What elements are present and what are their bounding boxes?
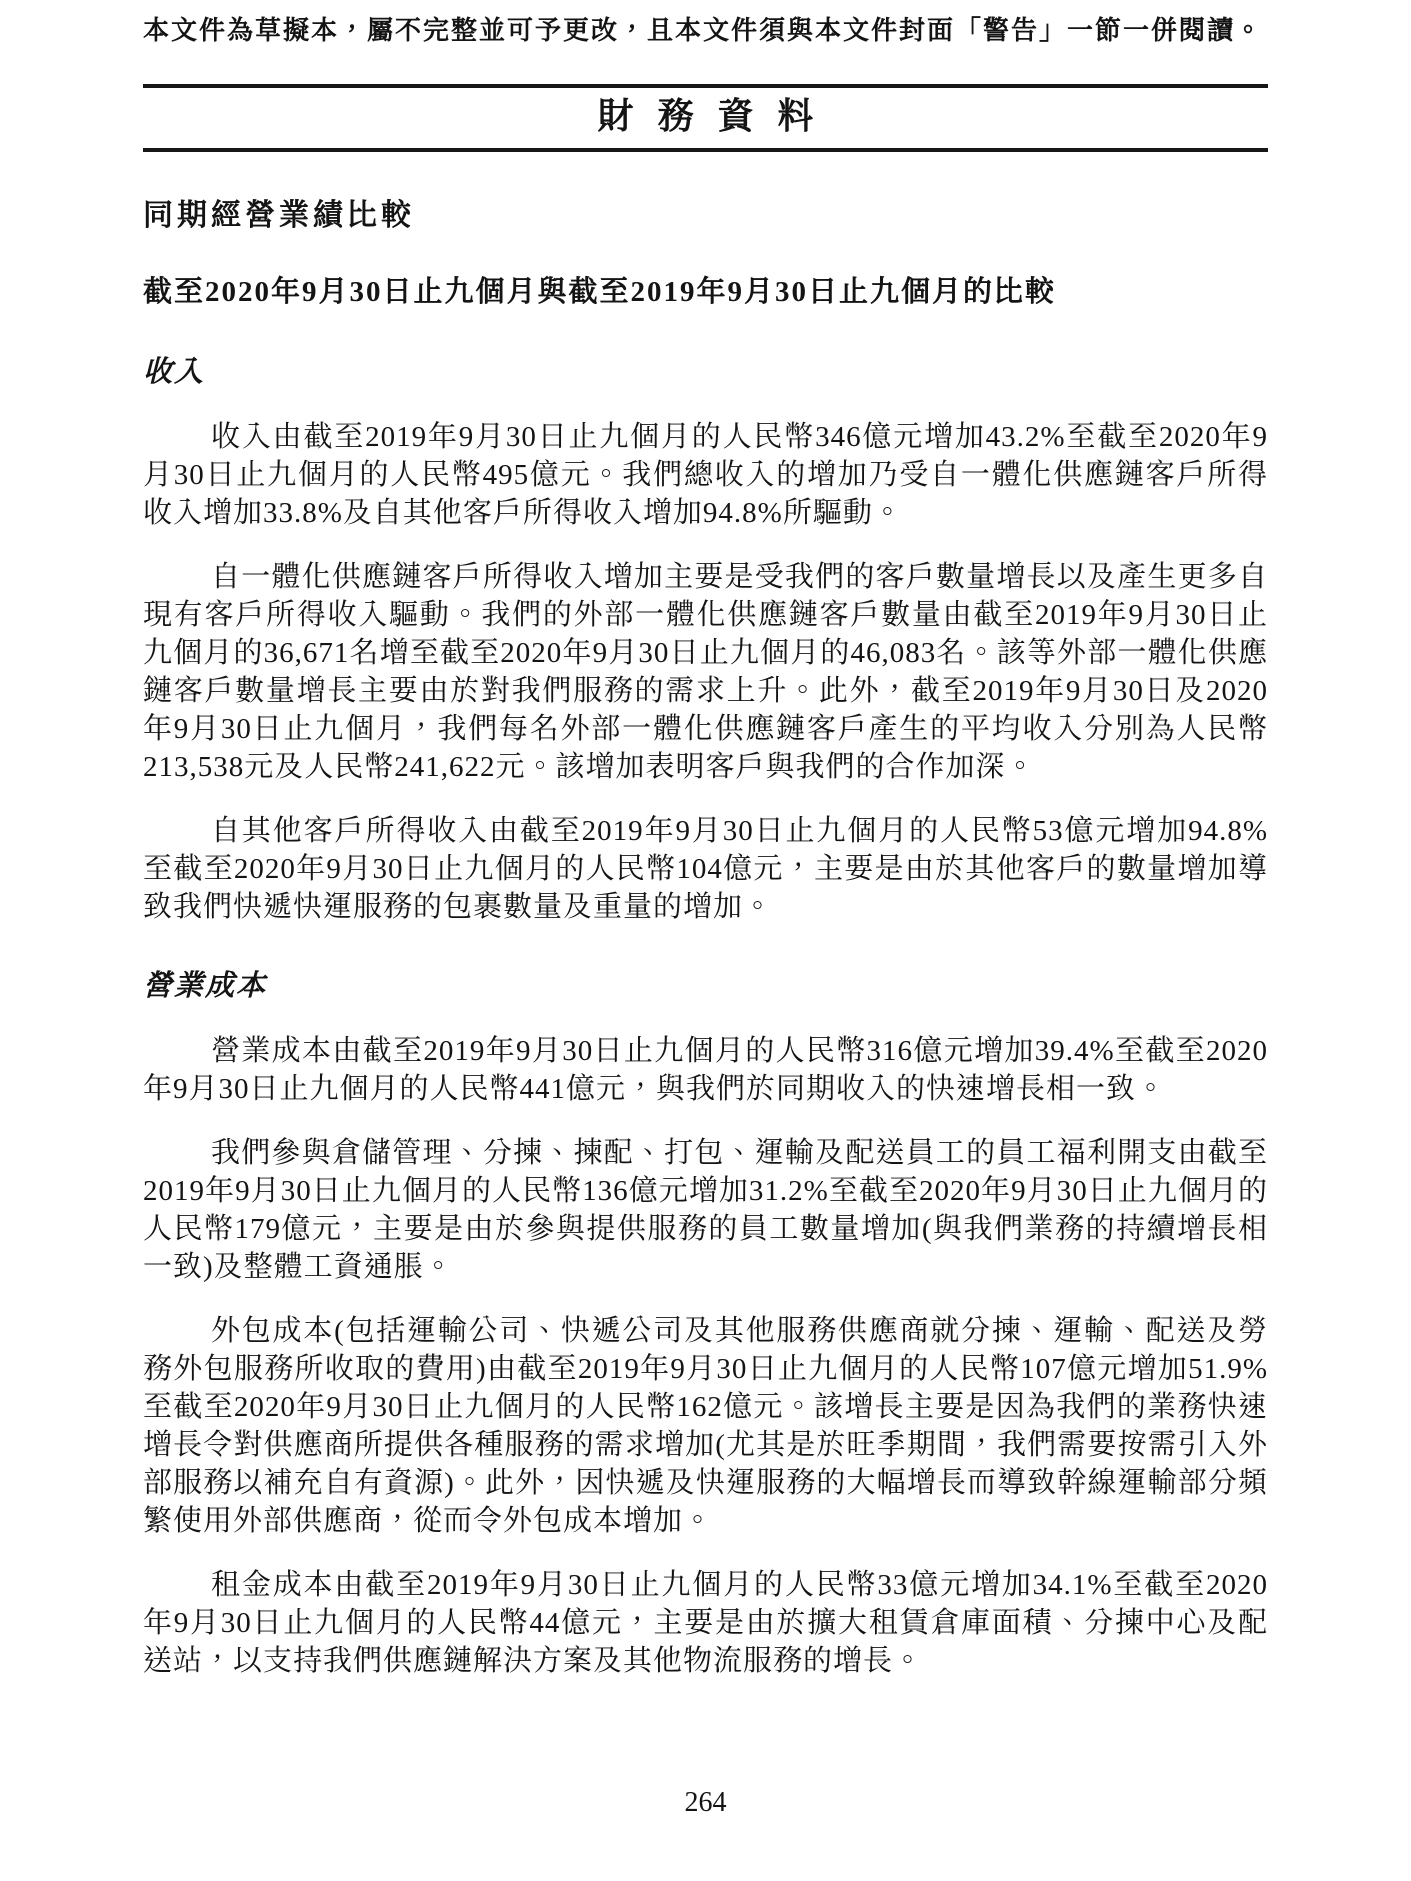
page-content: 本文件為草擬本，屬不完整並可予更改，且本文件須與本文件封面「警告」一節一併閱讀。… [0,0,1411,1680]
subsection-heading-nine-months-comparison: 截至2020年9月30日止九個月與截至2019年9月30日止九個月的比較 [143,272,1268,312]
operating-cost-heading: 營業成本 [143,966,1268,1006]
revenue-paragraph-3: 自其他客戶所得收入由截至2019年9月30日止九個月的人民幣53億元增加94.8… [143,812,1268,926]
section-heading-period-comparison: 同期經營業績比較 [143,196,1268,236]
revenue-paragraph-1: 收入由截至2019年9月30日止九個月的人民幣346億元增加43.2%至截至20… [143,418,1268,532]
page-title: 財務資料 [143,94,1268,138]
page-number: 264 [0,1787,1411,1819]
operating-cost-paragraph-2: 我們參與倉儲管理、分揀、揀配、打包、運輸及配送員工的員工福利開支由截至2019年… [143,1134,1268,1286]
title-block: 財務資料 [143,84,1268,152]
operating-cost-paragraph-1: 營業成本由截至2019年9月30日止九個月的人民幣316億元增加39.4%至截至… [143,1032,1268,1108]
revenue-paragraph-2: 自一體化供應鏈客戶所得收入增加主要是受我們的客戶數量增長以及產生更多自現有客戶所… [143,558,1268,786]
document-page: 本文件為草擬本，屬不完整並可予更改，且本文件須與本文件封面「警告」一節一併閱讀。… [0,0,1411,1881]
revenue-heading: 收入 [143,352,1268,392]
operating-cost-paragraph-4: 租金成本由截至2019年9月30日止九個月的人民幣33億元增加34.1%至截至2… [143,1566,1268,1680]
draft-disclaimer-text: 本文件為草擬本，屬不完整並可予更改，且本文件須與本文件封面「警告」一節一併閱讀。 [143,0,1268,48]
operating-cost-paragraph-3: 外包成本(包括運輸公司、快遞公司及其他服務供應商就分揀、運輸、配送及勞務外包服務… [143,1312,1268,1540]
